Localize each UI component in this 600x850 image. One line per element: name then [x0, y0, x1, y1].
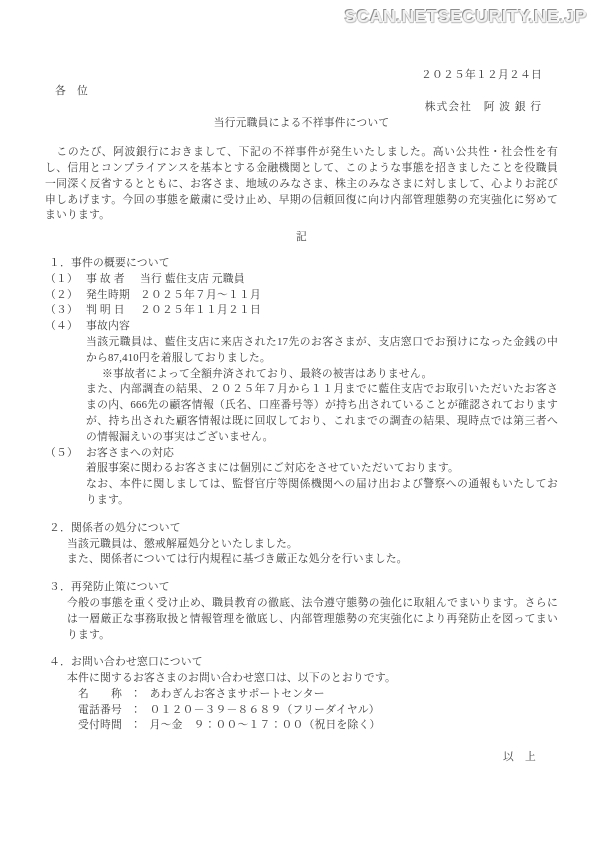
- item-number: （１）: [45, 272, 86, 288]
- disciplinary-body-2: また、関係者については行内規程に基づき厳正な処分を行いました。: [67, 552, 558, 568]
- page-title: 当行元職員による不祥事件について: [45, 116, 558, 132]
- incident-body: 当該元職員は、藍住支店に来店された17先のお客さまが、支店窓口でお預けになった金…: [86, 335, 558, 367]
- item-value: ２０２５年７月～１１月: [140, 288, 558, 304]
- record-mark: 記: [45, 230, 558, 246]
- section-inquiry-contact: ４．お問い合わせ窓口について 本件に関するお客さまのお問い合わせ窓口は、以下のと…: [45, 655, 558, 734]
- inquiry-body: 本件に関するお客さまのお問い合わせ窓口は、以下のとおりです。: [67, 671, 558, 687]
- section-incident-overview: １．事件の概要について （１） 事 故 者 当行 藍住支店 元職員 （２） 発生…: [45, 256, 558, 509]
- intro-paragraph: このたび、阿波銀行におきまして、下記の不祥事件が発生いたしました。高い公共性・社…: [45, 145, 558, 224]
- item-label: 判 明 日: [86, 303, 140, 319]
- item-value: ２０２５年１１月２１日: [140, 303, 558, 319]
- item-label: 事故内容: [86, 319, 558, 335]
- item-incident-details: （４） 事故内容: [45, 319, 558, 335]
- disciplinary-body-1: 当該元職員は、懲戒解雇処分といたしました。: [67, 537, 558, 553]
- date: ２０２５年１２月２４日: [45, 68, 558, 84]
- item-number: （５）: [45, 446, 86, 462]
- item-number: （２）: [45, 288, 86, 304]
- incident-body-2: また、内部調査の結果、２０２５年７月から１１月までに藍住支店でお取引いただいたお…: [86, 382, 558, 445]
- item-number: （３）: [45, 303, 86, 319]
- section-heading: ２．関係者の処分について: [45, 521, 558, 537]
- section-disciplinary-action: ２．関係者の処分について 当該元職員は、懲戒解雇処分といたしました。 また、関係…: [45, 521, 558, 568]
- section-heading: ３．再発防止策について: [45, 580, 558, 596]
- closing-mark: 以 上: [45, 750, 558, 766]
- document-content: ２０２５年１２月２４日 各 位 株式会社 阿 波 銀 行 当行元職員による不祥事…: [45, 68, 558, 766]
- item-accident-person: （１） 事 故 者 当行 藍住支店 元職員: [45, 272, 558, 288]
- item-number: （４）: [45, 319, 86, 335]
- incident-note: ※事故者によって全額弁済されており、最終の被害はありません。: [102, 367, 558, 383]
- item-label: お客さまへの対応: [86, 446, 558, 462]
- company-name: 株式会社 阿 波 銀 行: [45, 100, 558, 116]
- item-discovery-date: （３） 判 明 日 ２０２５年１１月２１日: [45, 303, 558, 319]
- response-body-2: なお、本件に関しましては、監督官庁等関係機関への届け出および警察への通報もいたし…: [86, 477, 558, 509]
- section-heading: １．事件の概要について: [45, 256, 558, 272]
- document-page: SCAN.NETSECURITY.NE.JP ２０２５年１２月２４日 各 位 株…: [0, 0, 600, 850]
- item-occurrence-period: （２） 発生時期 ２０２５年７月～１１月: [45, 288, 558, 304]
- section-recurrence-prevention: ３．再発防止策について 今般の事態を重く受け止め、職員教育の徹底、法令遵守態勢の…: [45, 580, 558, 643]
- contact-name: 名 称 ： あわぎんお客さまサポートセンター: [78, 687, 558, 703]
- prevention-body: 今般の事態を重く受け止め、職員教育の徹底、法令遵守態勢の強化に取組んでまいります…: [67, 596, 558, 643]
- item-label: 発生時期: [86, 288, 140, 304]
- item-value: 当行 藍住支店 元職員: [140, 272, 558, 288]
- item-customer-response: （５） お客さまへの対応: [45, 446, 558, 462]
- watermark: SCAN.NETSECURITY.NE.JP: [345, 6, 587, 27]
- section-heading: ４．お問い合わせ窓口について: [45, 655, 558, 671]
- addressee: 各 位: [45, 84, 558, 100]
- response-body-1: 着服事案に関わるお客さまには個別にご対応をさせていただいております。: [86, 461, 558, 477]
- contact-phone: 電話番号 ： ０１２０－３９－８６８９（フリーダイヤル）: [78, 703, 558, 719]
- item-label: 事 故 者: [86, 272, 140, 288]
- contact-hours: 受付時間 ： 月～金 ９：００～１７：００（祝日を除く）: [78, 718, 558, 734]
